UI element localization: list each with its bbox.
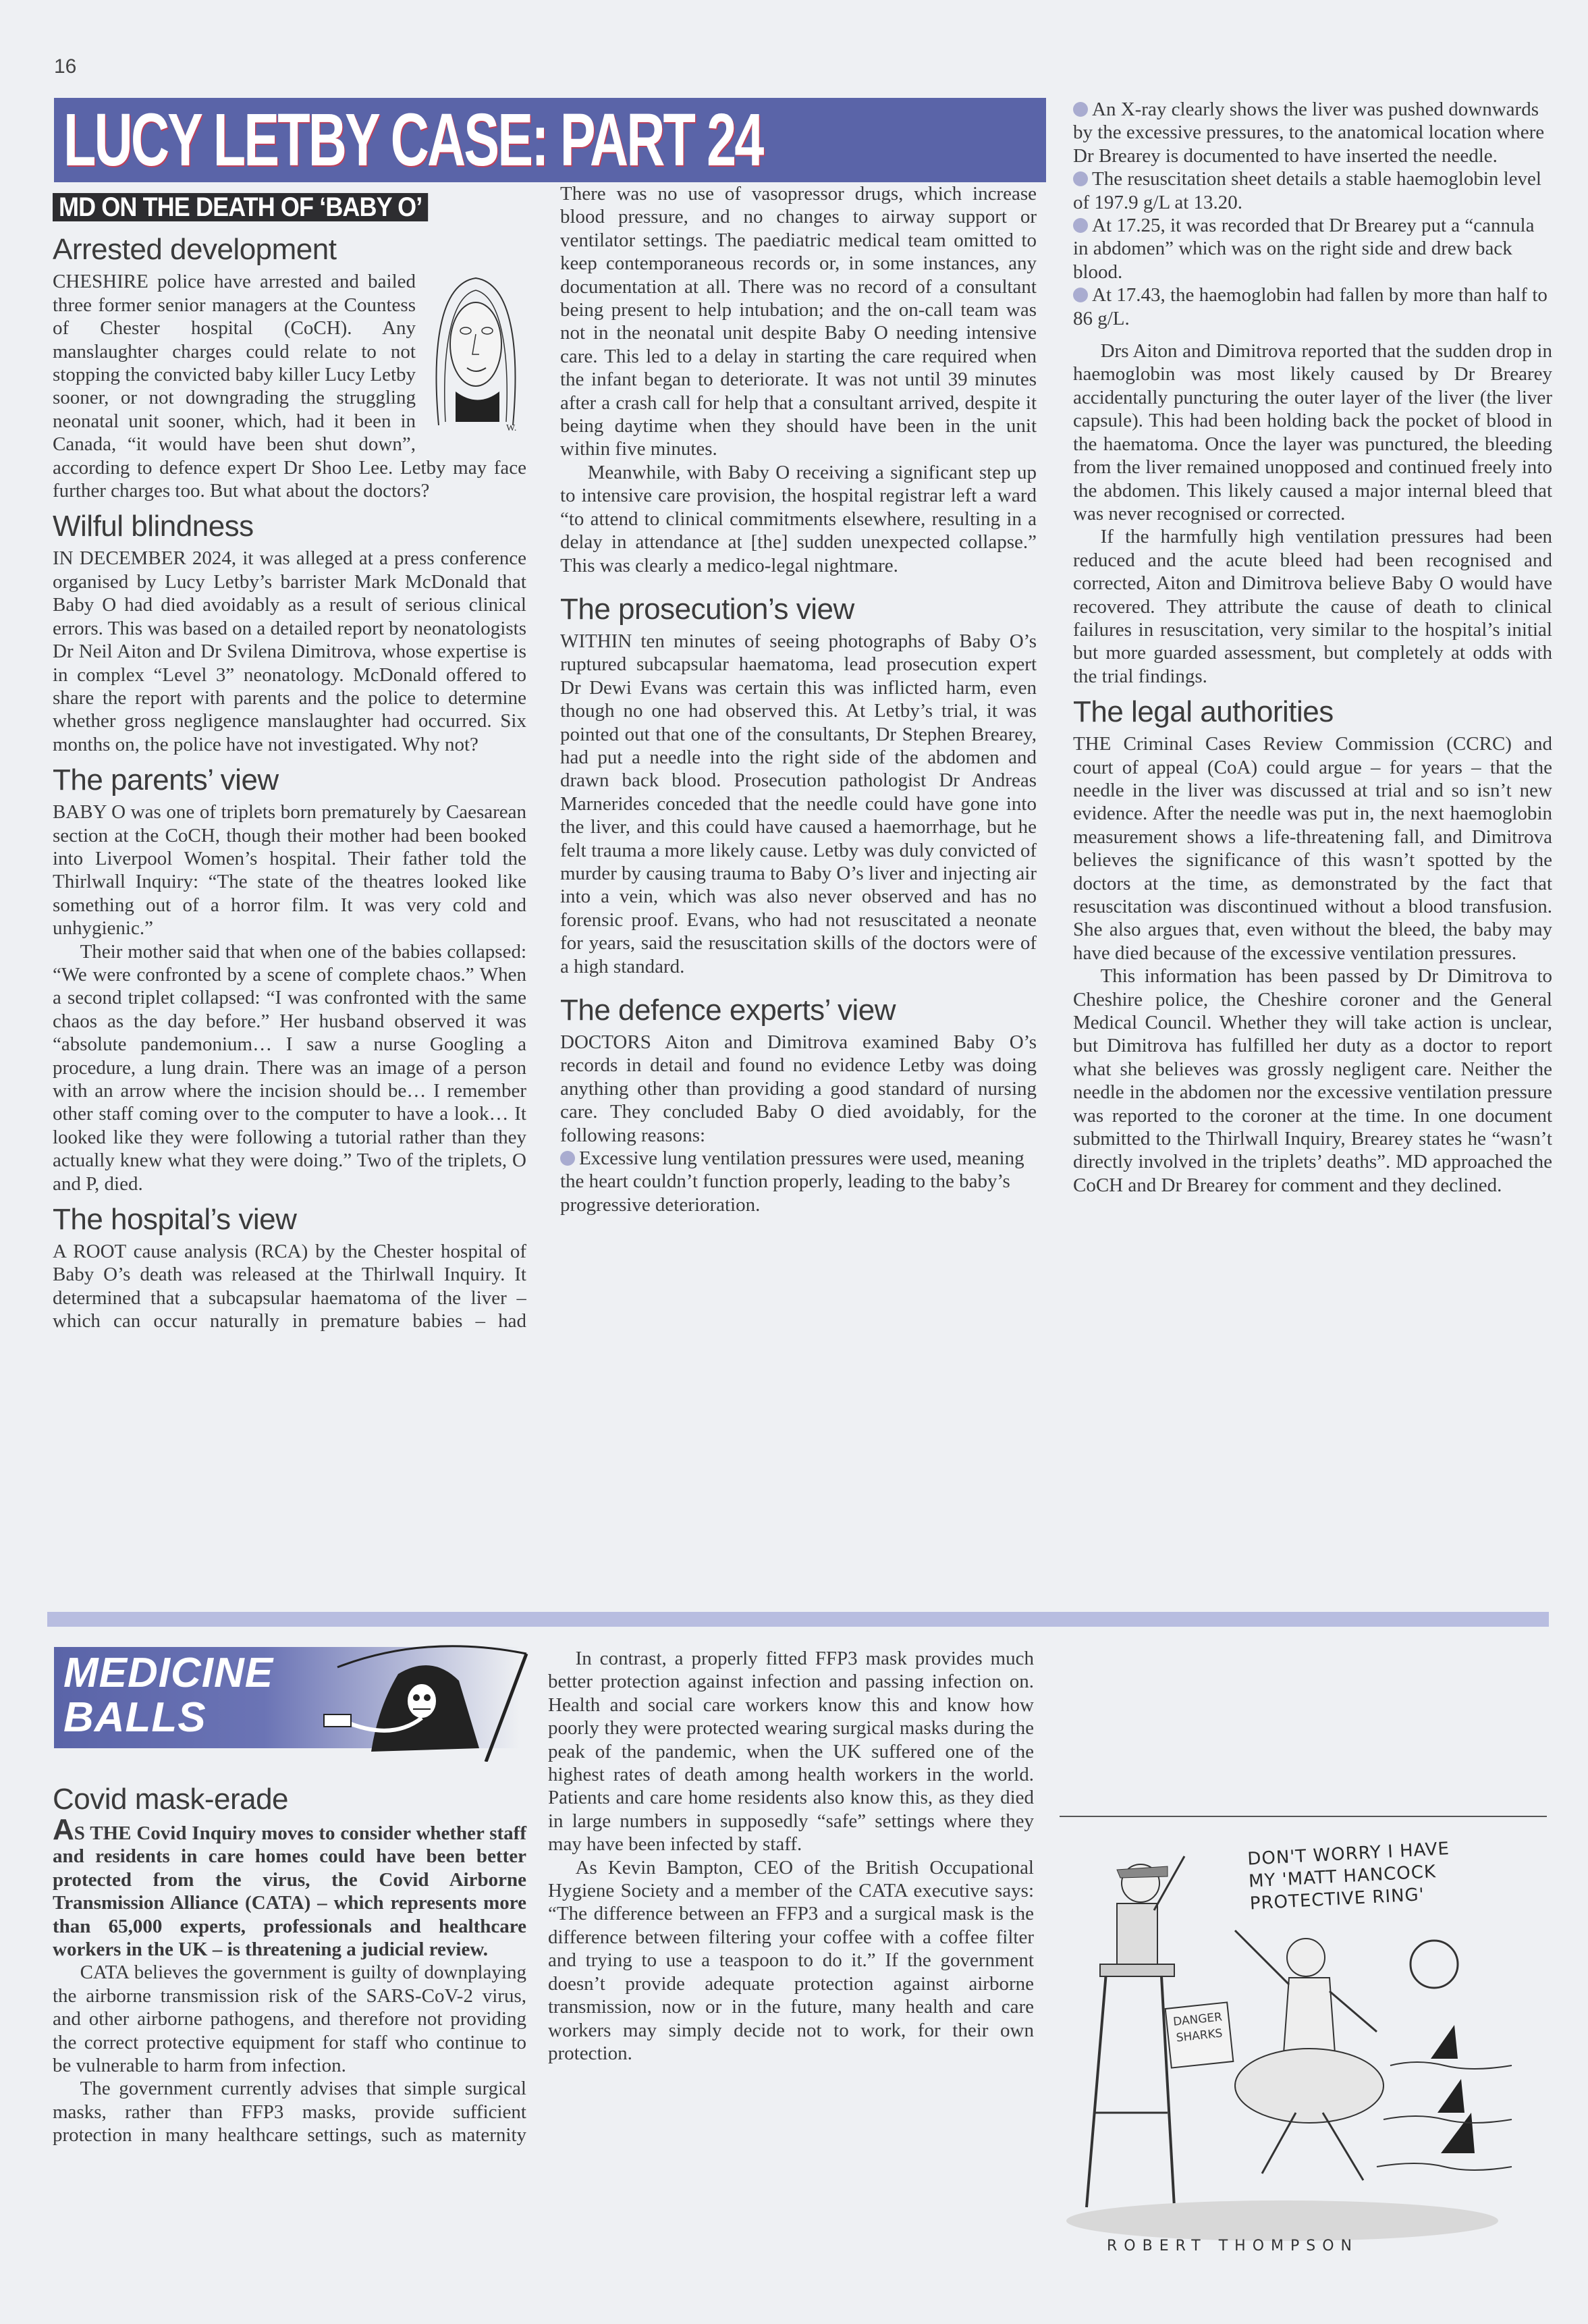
medicine-balls-paragraph-3: In contrast, a properly fitted FFP3 mask… <box>548 1647 1034 1856</box>
article-kicker: MD ON THE DEATH OF ‘BABY O’ <box>53 193 428 221</box>
defence-paragraph-1: DOCTORS Aiton and Dimitrova examined Bab… <box>560 1031 1037 1147</box>
cartoon-illustration: DON'T WORRY I HAVE MY 'MATT HANCOCK PROT… <box>1066 1829 1552 2275</box>
heading-hospitals-view: The hospital’s view <box>53 1202 526 1237</box>
bullet-icon <box>1073 218 1088 233</box>
medicine-balls-lead: AS THE Covid Inquiry moves to consider w… <box>53 1820 526 1961</box>
grim-reaper-illustration <box>256 1633 540 1762</box>
parents-paragraph-2: Their mother said that when one of the b… <box>53 940 526 1195</box>
page-title: LUCY LETBY CASE: PART 24 <box>63 97 762 183</box>
heading-arrested-development: Arrested development <box>53 232 526 267</box>
defence-paragraph-2: Drs Aiton and Dimitrova reported that th… <box>1073 340 1552 525</box>
medicine-balls-paragraph-2a: The government currently advises that si… <box>53 2077 526 2147</box>
cartoon-divider <box>1060 1816 1547 1817</box>
medicine-balls-column-2: In contrast, a properly fitted FFP3 mask… <box>548 1647 1034 2065</box>
medicine-balls-banner: MEDICINE BALLS <box>54 1647 520 1748</box>
heading-parents-view: The parents’ view <box>53 763 526 798</box>
parents-paragraph-1: BABY O was one of triplets born prematur… <box>53 801 526 940</box>
svg-text:W.: W. <box>506 423 516 432</box>
heading-prosecutions-view: The prosecution’s view <box>560 592 1037 627</box>
defence-bullet-4: At 17.25, it was recorded that Dr Breare… <box>1073 214 1552 283</box>
bullet-icon <box>1073 171 1088 186</box>
article-column-3: An X-ray clearly shows the liver was pus… <box>1073 98 1552 1197</box>
prosecution-paragraph: WITHIN ten minutes of seeing photographs… <box>560 630 1037 978</box>
hospital-paragraph-2: There was no use of vasopressor drugs, w… <box>560 182 1037 461</box>
bullet-icon <box>1073 102 1088 117</box>
medicine-balls-paragraph-1: CATA believes the government is guilty o… <box>53 1961 526 2077</box>
cartoon-caption: DON'T WORRY I HAVE MY 'MATT HANCOCK PROT… <box>1247 1837 1473 1915</box>
defence-bullet-1: Excessive lung ventilation pressures wer… <box>560 1147 1037 1216</box>
article-column-1: MD ON THE DEATH OF ‘BABY O’ Arrested dev… <box>53 193 526 1333</box>
danger-sharks-sign: DANGER SHARKS <box>1165 2001 1234 2068</box>
medicine-balls-title: MEDICINE BALLS <box>63 1651 273 1740</box>
main-banner: LUCY LETBY CASE: PART 24 <box>54 98 1046 182</box>
defence-paragraph-3: If the harmfully high ventilation pressu… <box>1073 525 1552 688</box>
section-divider <box>47 1612 1549 1627</box>
hospital-paragraph-1: A ROOT cause analysis (RCA) by the Chest… <box>53 1240 526 1333</box>
medicine-balls-column-1: Covid mask-erade AS THE Covid Inquiry mo… <box>53 1775 526 2147</box>
bullet-icon <box>1073 288 1088 302</box>
legal-paragraph-1: THE Criminal Cases Review Commission (CC… <box>1073 732 1552 965</box>
heading-legal-authorities: The legal authorities <box>1073 695 1552 730</box>
wilful-paragraph: IN DECEMBER 2024, it was alleged at a pr… <box>53 547 526 756</box>
page-number: 16 <box>54 55 76 78</box>
bullet-icon <box>560 1151 575 1166</box>
defence-bullet-2: An X-ray clearly shows the liver was pus… <box>1073 98 1552 167</box>
hospital-paragraph-3: Meanwhile, with Baby O receiving a signi… <box>560 461 1037 577</box>
defence-bullet-3: The resuscitation sheet details a stable… <box>1073 167 1552 214</box>
cartoonist-signature: ROBERT THOMPSON <box>1107 2238 1359 2254</box>
heading-defence-experts-view: The defence experts’ view <box>560 993 1037 1028</box>
drop-cap: A <box>53 1813 74 1846</box>
heading-wilful-blindness: Wilful blindness <box>53 509 526 544</box>
defence-bullet-5: At 17.43, the haemoglobin had fallen by … <box>1073 283 1552 330</box>
legal-paragraph-2: This information has been passed by Dr D… <box>1073 965 1552 1197</box>
heading-covid-mask-erade: Covid mask-erade <box>53 1782 526 1817</box>
letby-portrait-illustration: W. <box>425 270 526 432</box>
medicine-balls-paragraph-4: As Kevin Bampton, CEO of the British Occ… <box>548 1856 1034 2065</box>
article-column-2: There was no use of vasopressor drugs, w… <box>560 182 1037 1216</box>
